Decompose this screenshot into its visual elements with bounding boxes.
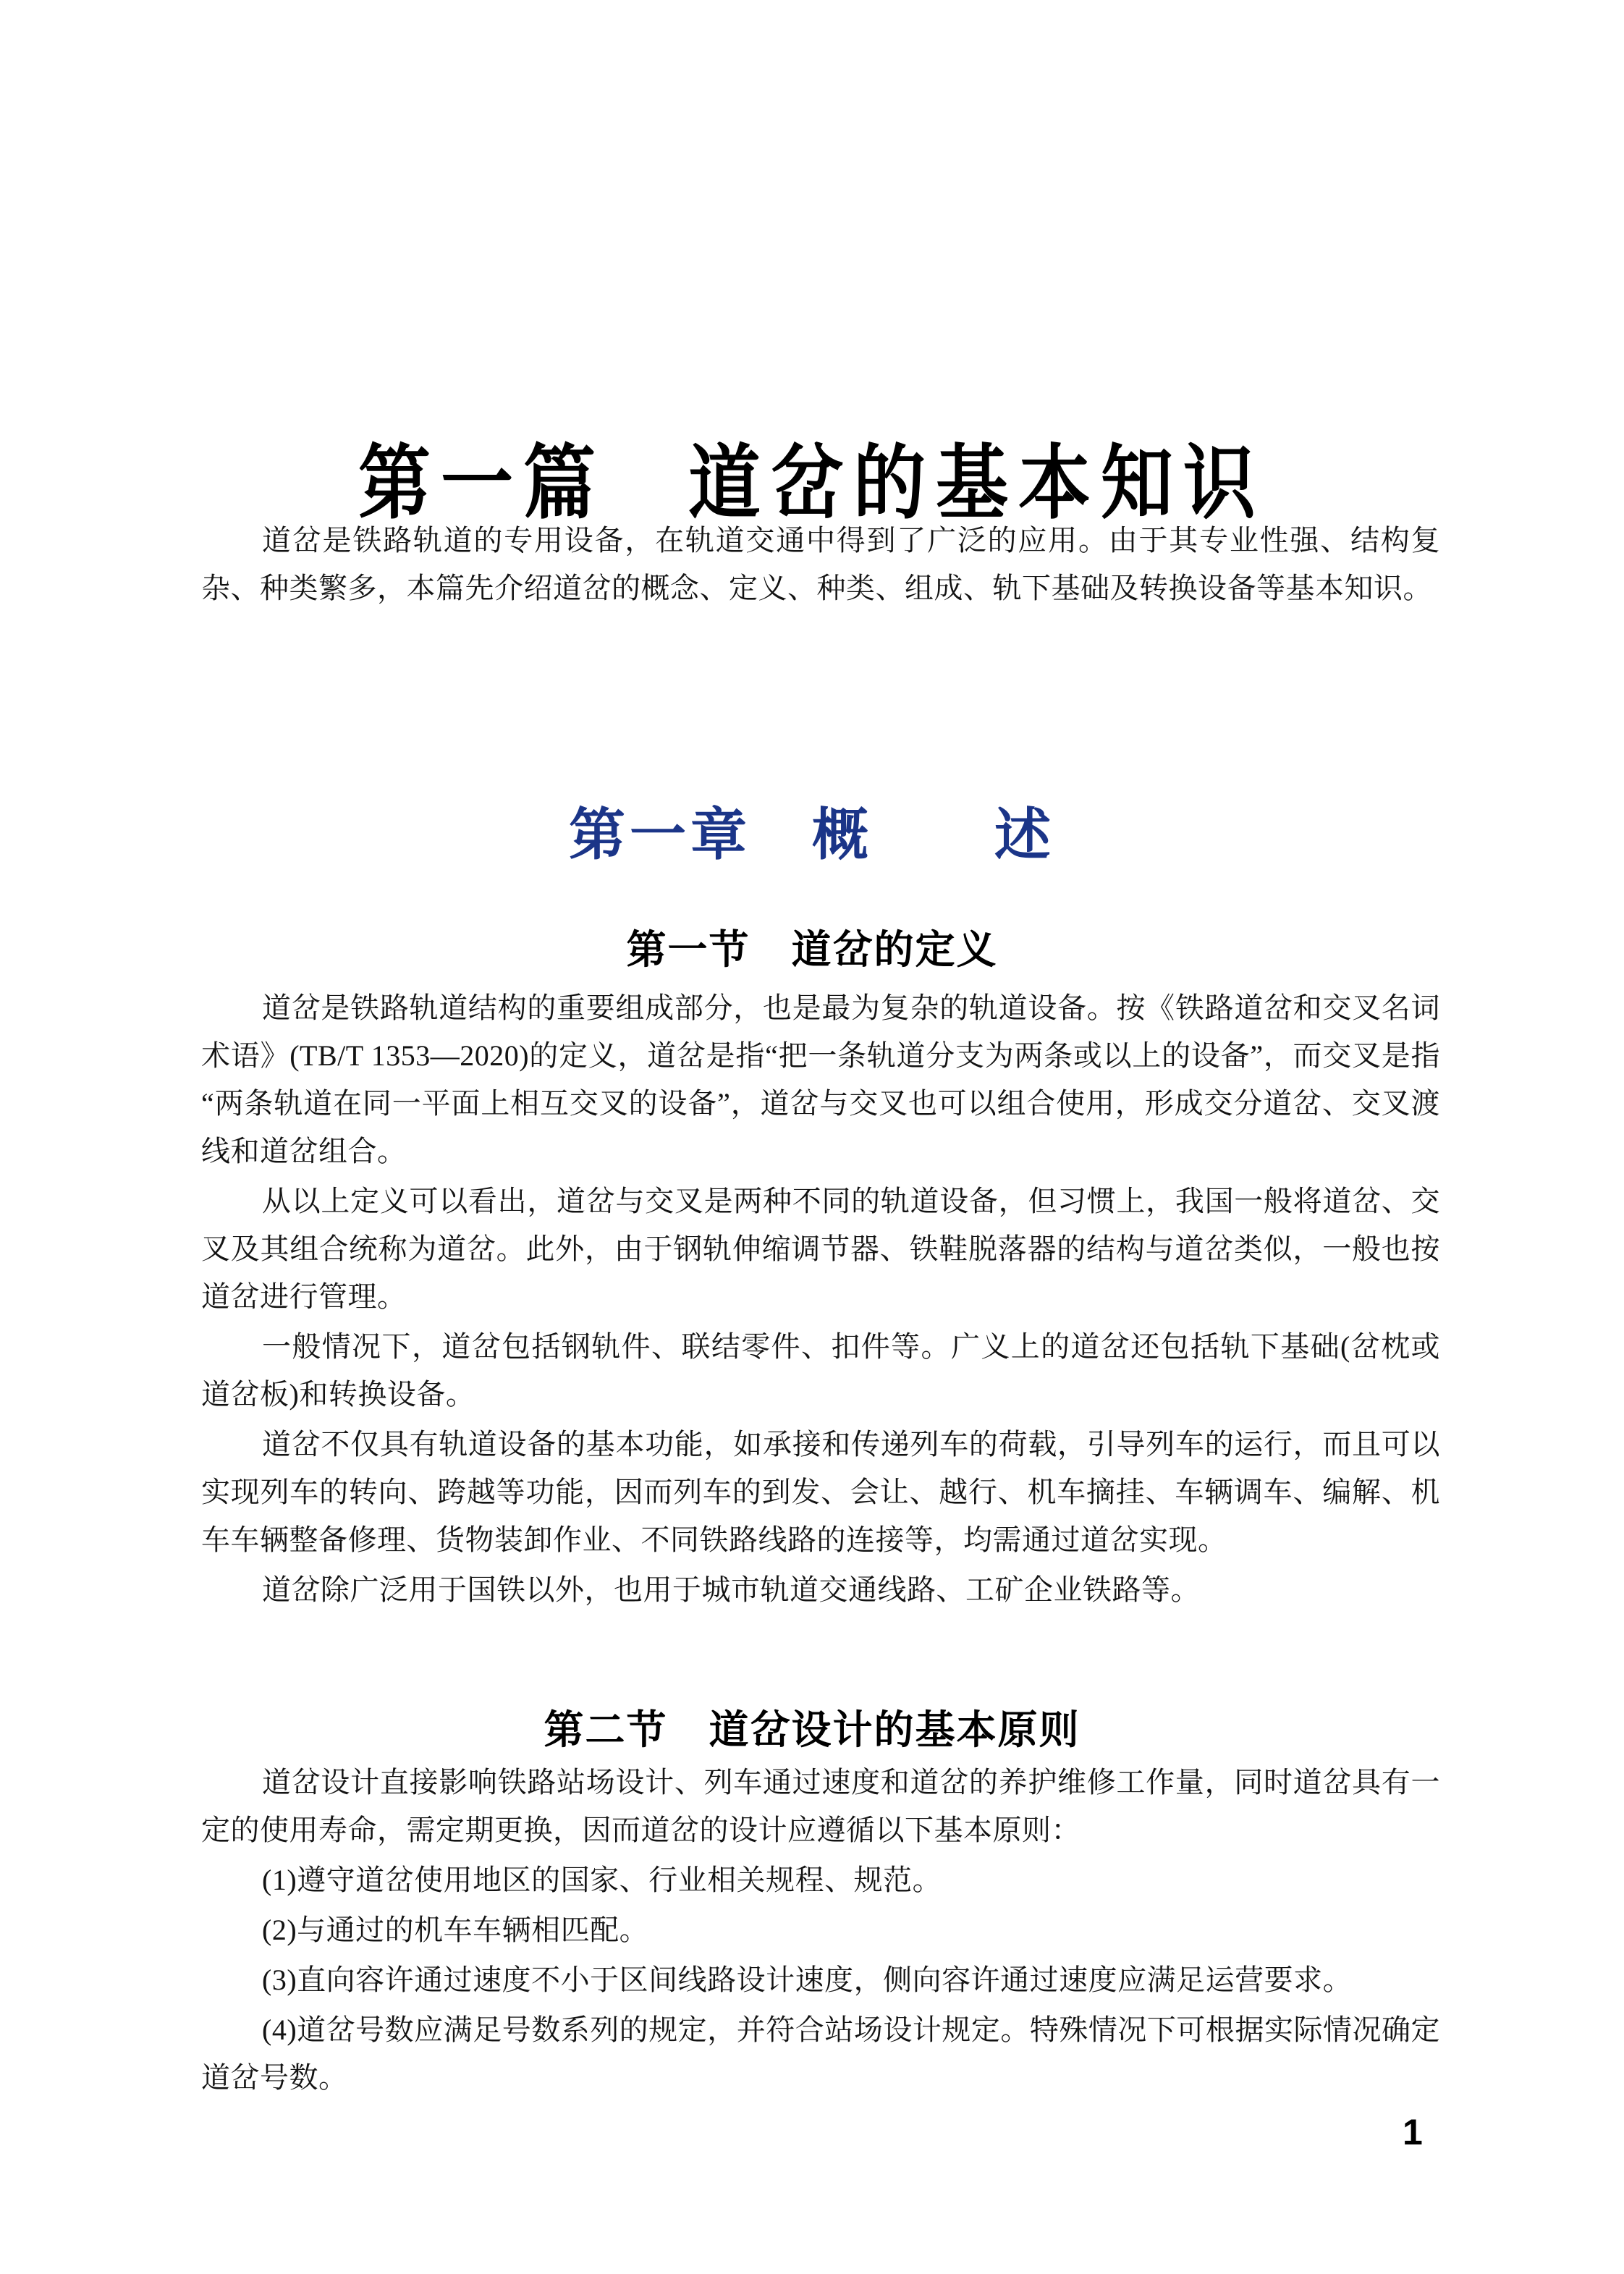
section-1-body: 道岔是铁路轨道结构的重要组成部分，也是最为复杂的轨道设备。按《铁路道岔和交叉名词… xyxy=(201,984,1440,1616)
list-item: (4)道岔号数应满足号数系列的规定，并符合站场设计规定。特殊情况下可根据实际情况… xyxy=(201,2006,1440,2102)
paragraph: 道岔除广泛用于国铁以外，也用于城市轨道交通线路、工矿企业铁路等。 xyxy=(201,1566,1440,1614)
chapter-title: 第一章 概 述 xyxy=(0,797,1624,872)
paragraph: 道岔是铁路轨道结构的重要组成部分，也是最为复杂的轨道设备。按《铁路道岔和交叉名词… xyxy=(201,984,1440,1175)
part-intro: 道岔是铁路轨道的专用设备，在轨道交通中得到了广泛的应用。由于其专业性强、结构复杂… xyxy=(201,517,1440,612)
paragraph: 从以上定义可以看出，道岔与交叉是两种不同的轨道设备，但习惯上，我国一般将道岔、交… xyxy=(201,1178,1440,1321)
list-item: (2)与通过的机车车辆相匹配。 xyxy=(201,1906,1440,1954)
paragraph: 道岔不仅具有轨道设备的基本功能，如承接和传递列车的荷载，引导列车的运行，而且可以… xyxy=(201,1421,1440,1564)
section-1-heading: 第一节 道岔的定义 xyxy=(0,921,1624,979)
paragraph: 道岔设计直接影响铁路站场设计、列车通过速度和道岔的养护维修工作量，同时道岔具有一… xyxy=(201,1759,1440,1854)
list-item: (1)遵守道岔使用地区的国家、行业相关规程、规范。 xyxy=(201,1856,1440,1904)
list-item: (3)直向容许通过速度不小于区间线路设计速度，侧向容许通过速度应满足运营要求。 xyxy=(201,1956,1440,2004)
book-page: 第一篇 道岔的基本知识 道岔是铁路轨道的专用设备，在轨道交通中得到了广泛的应用。… xyxy=(0,0,1624,2274)
page-number: 1 xyxy=(1403,2110,1423,2154)
section-2-body: 道岔设计直接影响铁路站场设计、列车通过速度和道岔的养护维修工作量，同时道岔具有一… xyxy=(201,1759,1440,2104)
intro-paragraph: 道岔是铁路轨道的专用设备，在轨道交通中得到了广泛的应用。由于其专业性强、结构复杂… xyxy=(201,517,1440,612)
paragraph: 一般情况下，道岔包括钢轨件、联结零件、扣件等。广义上的道岔还包括轨下基础(岔枕或… xyxy=(201,1323,1440,1419)
section-2-heading: 第二节 道岔设计的基本原则 xyxy=(0,1702,1624,1759)
